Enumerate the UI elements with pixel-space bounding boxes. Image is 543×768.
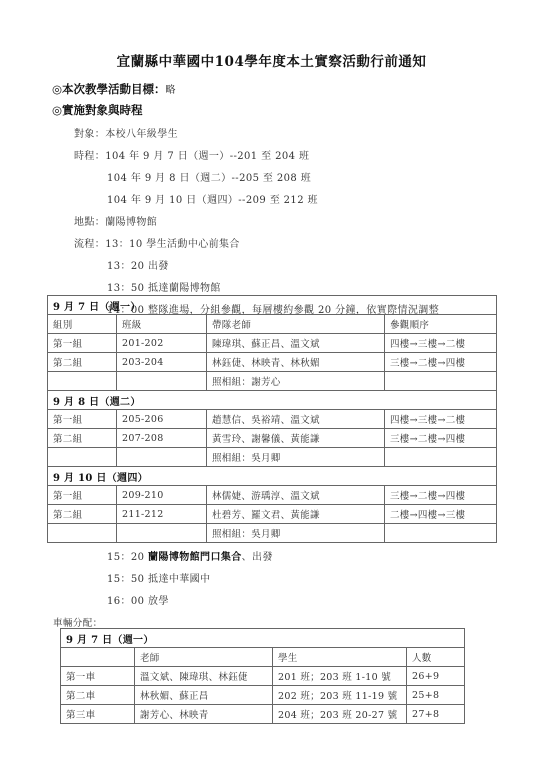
order-cell: 四樓→三樓→二樓	[385, 334, 497, 353]
goal-value: 略	[166, 85, 176, 96]
order-cell	[385, 524, 497, 543]
count-cell: 25+8	[407, 686, 465, 705]
table-row: 照相組：吳月卿	[48, 524, 497, 543]
schedule-line-1: 時程：104 年 9 月 7 日（週一）--201 至 204 班	[74, 147, 309, 162]
day-label: 9 月 10 日（週四）	[48, 467, 497, 486]
header-cell: 人數	[407, 648, 465, 667]
return-text: 放學	[148, 596, 169, 607]
header-cell: 老師	[135, 648, 273, 667]
return-time: 15：50	[107, 574, 144, 585]
groups-table: 9 月 7 日（週一） 組別 班級 帶隊老師 參觀順序 第一組 201-202 …	[47, 295, 497, 543]
table-row: 第一組 209-210 林儒婕、游瑀淳、溫文斌 三樓→二樓→四樓	[48, 486, 497, 505]
day-row: 9 月 10 日（週四）	[48, 467, 497, 486]
class-cell: 209-210	[117, 486, 207, 505]
order-cell: 三樓→二樓→四樓	[385, 429, 497, 448]
photo-cell: 照相組：吳月卿	[207, 448, 385, 467]
header-cell: 帶隊老師	[207, 315, 385, 334]
return-line-1: 15：20 蘭陽博物館門口集合、出發	[107, 548, 273, 563]
return-text: 抵達中華國中	[148, 574, 210, 585]
student-cell: 201 班；203 班 1-10 號	[273, 667, 407, 686]
group-cell: 第一組	[48, 486, 117, 505]
day-label: 9 月 8 日（週二）	[48, 391, 497, 410]
day-label: 9 月 7 日（週一）	[61, 629, 465, 648]
vehicle-table: 9 月 7 日（週一） 老師 學生 人數 第一車 溫文斌、陳瑋琪、林鈺倢 201…	[60, 628, 465, 724]
photo-cell: 照相組：吳月卿	[207, 524, 385, 543]
student-cell: 202 班；203 班 11-19 號	[273, 686, 407, 705]
header-cell: 學生	[273, 648, 407, 667]
teacher-cell: 黃雪玲、謝馨儀、黃能謙	[207, 429, 385, 448]
vehicle-cell: 第二車	[61, 686, 135, 705]
table-row: 第一組 205-206 趙慧信、吳裕靖、溫文斌 四樓→三樓→二樓	[48, 410, 497, 429]
teacher-cell: 林鈺倢、林映青、林秋媚	[207, 353, 385, 372]
location-line: 地點：蘭陽博物館	[74, 213, 157, 228]
return-time: 16：00	[107, 596, 144, 607]
table-row: 第三車 謝芳心、林映青 204 班；203 班 20-27 號 27+8	[61, 705, 465, 724]
class-cell: 201-202	[117, 334, 207, 353]
teacher-cell: 杜碧芳、羅文君、黃能謙	[207, 505, 385, 524]
day-label: 9 月 7 日（週一）	[48, 296, 497, 315]
target-line: 對象：本校八年級學生	[74, 125, 178, 140]
return-text: 、出發	[242, 552, 273, 563]
order-cell	[385, 448, 497, 467]
table-row: 第二組 203-204 林鈺倢、林映青、林秋媚 三樓→二樓→四樓	[48, 353, 497, 372]
return-bold-text: 蘭陽博物館門口集合	[148, 552, 242, 563]
student-cell: 204 班；203 班 20-27 號	[273, 705, 407, 724]
vehicle-label: 車輛分配：	[53, 615, 103, 629]
table-row: 第二組 207-208 黃雪玲、謝馨儀、黃能謙 三樓→二樓→四樓	[48, 429, 497, 448]
group-cell: 第二組	[48, 353, 117, 372]
header-row: 組別 班級 帶隊老師 參觀順序	[48, 315, 497, 334]
teacher-cell: 陳瑋琪、蘇正昌、溫文斌	[207, 334, 385, 353]
order-cell: 三樓→二樓→四樓	[385, 486, 497, 505]
goal-label: ◎本次教學活動目標：	[52, 82, 166, 96]
order-cell	[385, 372, 497, 391]
header-cell: 組別	[48, 315, 117, 334]
day-row: 9 月 7 日（週一）	[48, 296, 497, 315]
teacher-cell: 趙慧信、吳裕靖、溫文斌	[207, 410, 385, 429]
class-cell: 203-204	[117, 353, 207, 372]
class-cell: 211-212	[117, 505, 207, 524]
teacher-cell: 謝芳心、林映青	[135, 705, 273, 724]
process-line-3: 13：50 抵達蘭陽博物館	[107, 279, 221, 294]
class-cell	[117, 448, 207, 467]
table-row: 第二車 林秋媚、蘇正昌 202 班；203 班 11-19 號 25+8	[61, 686, 465, 705]
photo-cell: 照相組：謝芳心	[207, 372, 385, 391]
class-cell	[117, 372, 207, 391]
process-line-1: 流程：13：10 學生活動中心前集合	[74, 235, 240, 250]
class-cell: 205-206	[117, 410, 207, 429]
goal-heading: ◎本次教學活動目標：略	[52, 81, 176, 97]
count-cell: 26+9	[407, 667, 465, 686]
header-cell: 班級	[117, 315, 207, 334]
plan-heading: ◎實施對象與時程	[52, 102, 143, 118]
group-cell: 第一組	[48, 410, 117, 429]
class-cell: 207-208	[117, 429, 207, 448]
header-cell	[61, 648, 135, 667]
group-cell: 第一組	[48, 334, 117, 353]
teacher-cell: 林儒婕、游瑀淳、溫文斌	[207, 486, 385, 505]
day-row: 9 月 7 日（週一）	[61, 629, 465, 648]
header-row: 老師 學生 人數	[61, 648, 465, 667]
vehicle-cell: 第一車	[61, 667, 135, 686]
group-cell: 第二組	[48, 505, 117, 524]
day-row: 9 月 8 日（週二）	[48, 391, 497, 410]
group-cell	[48, 524, 117, 543]
teacher-cell: 林秋媚、蘇正昌	[135, 686, 273, 705]
return-line-2: 15：50 抵達中華國中	[107, 570, 210, 585]
group-cell	[48, 448, 117, 467]
table-row: 第一車 溫文斌、陳瑋琪、林鈺倢 201 班；203 班 1-10 號 26+9	[61, 667, 465, 686]
document-title: 宜蘭縣中華國中104學年度本土實察活動行前通知	[0, 50, 543, 70]
group-cell	[48, 372, 117, 391]
group-cell: 第二組	[48, 429, 117, 448]
process-line-2: 13：20 出發	[107, 257, 169, 272]
vehicle-cell: 第三車	[61, 705, 135, 724]
table-row: 照相組：吳月卿	[48, 448, 497, 467]
schedule-line-2: 104 年 9 月 8 日（週二）--205 至 208 班	[107, 169, 311, 184]
table-row: 第二組 211-212 杜碧芳、羅文君、黃能謙 二樓→四樓→三樓	[48, 505, 497, 524]
order-cell: 二樓→四樓→三樓	[385, 505, 497, 524]
return-line-3: 16：00 放學	[107, 592, 169, 607]
schedule-line-3: 104 年 9 月 10 日（週四）--209 至 212 班	[107, 191, 318, 206]
table-row: 照相組：謝芳心	[48, 372, 497, 391]
count-cell: 27+8	[407, 705, 465, 724]
header-cell: 參觀順序	[385, 315, 497, 334]
order-cell: 三樓→二樓→四樓	[385, 353, 497, 372]
order-cell: 四樓→三樓→二樓	[385, 410, 497, 429]
return-time: 15：20	[107, 552, 144, 563]
teacher-cell: 溫文斌、陳瑋琪、林鈺倢	[135, 667, 273, 686]
table-row: 第一組 201-202 陳瑋琪、蘇正昌、溫文斌 四樓→三樓→二樓	[48, 334, 497, 353]
class-cell	[117, 524, 207, 543]
